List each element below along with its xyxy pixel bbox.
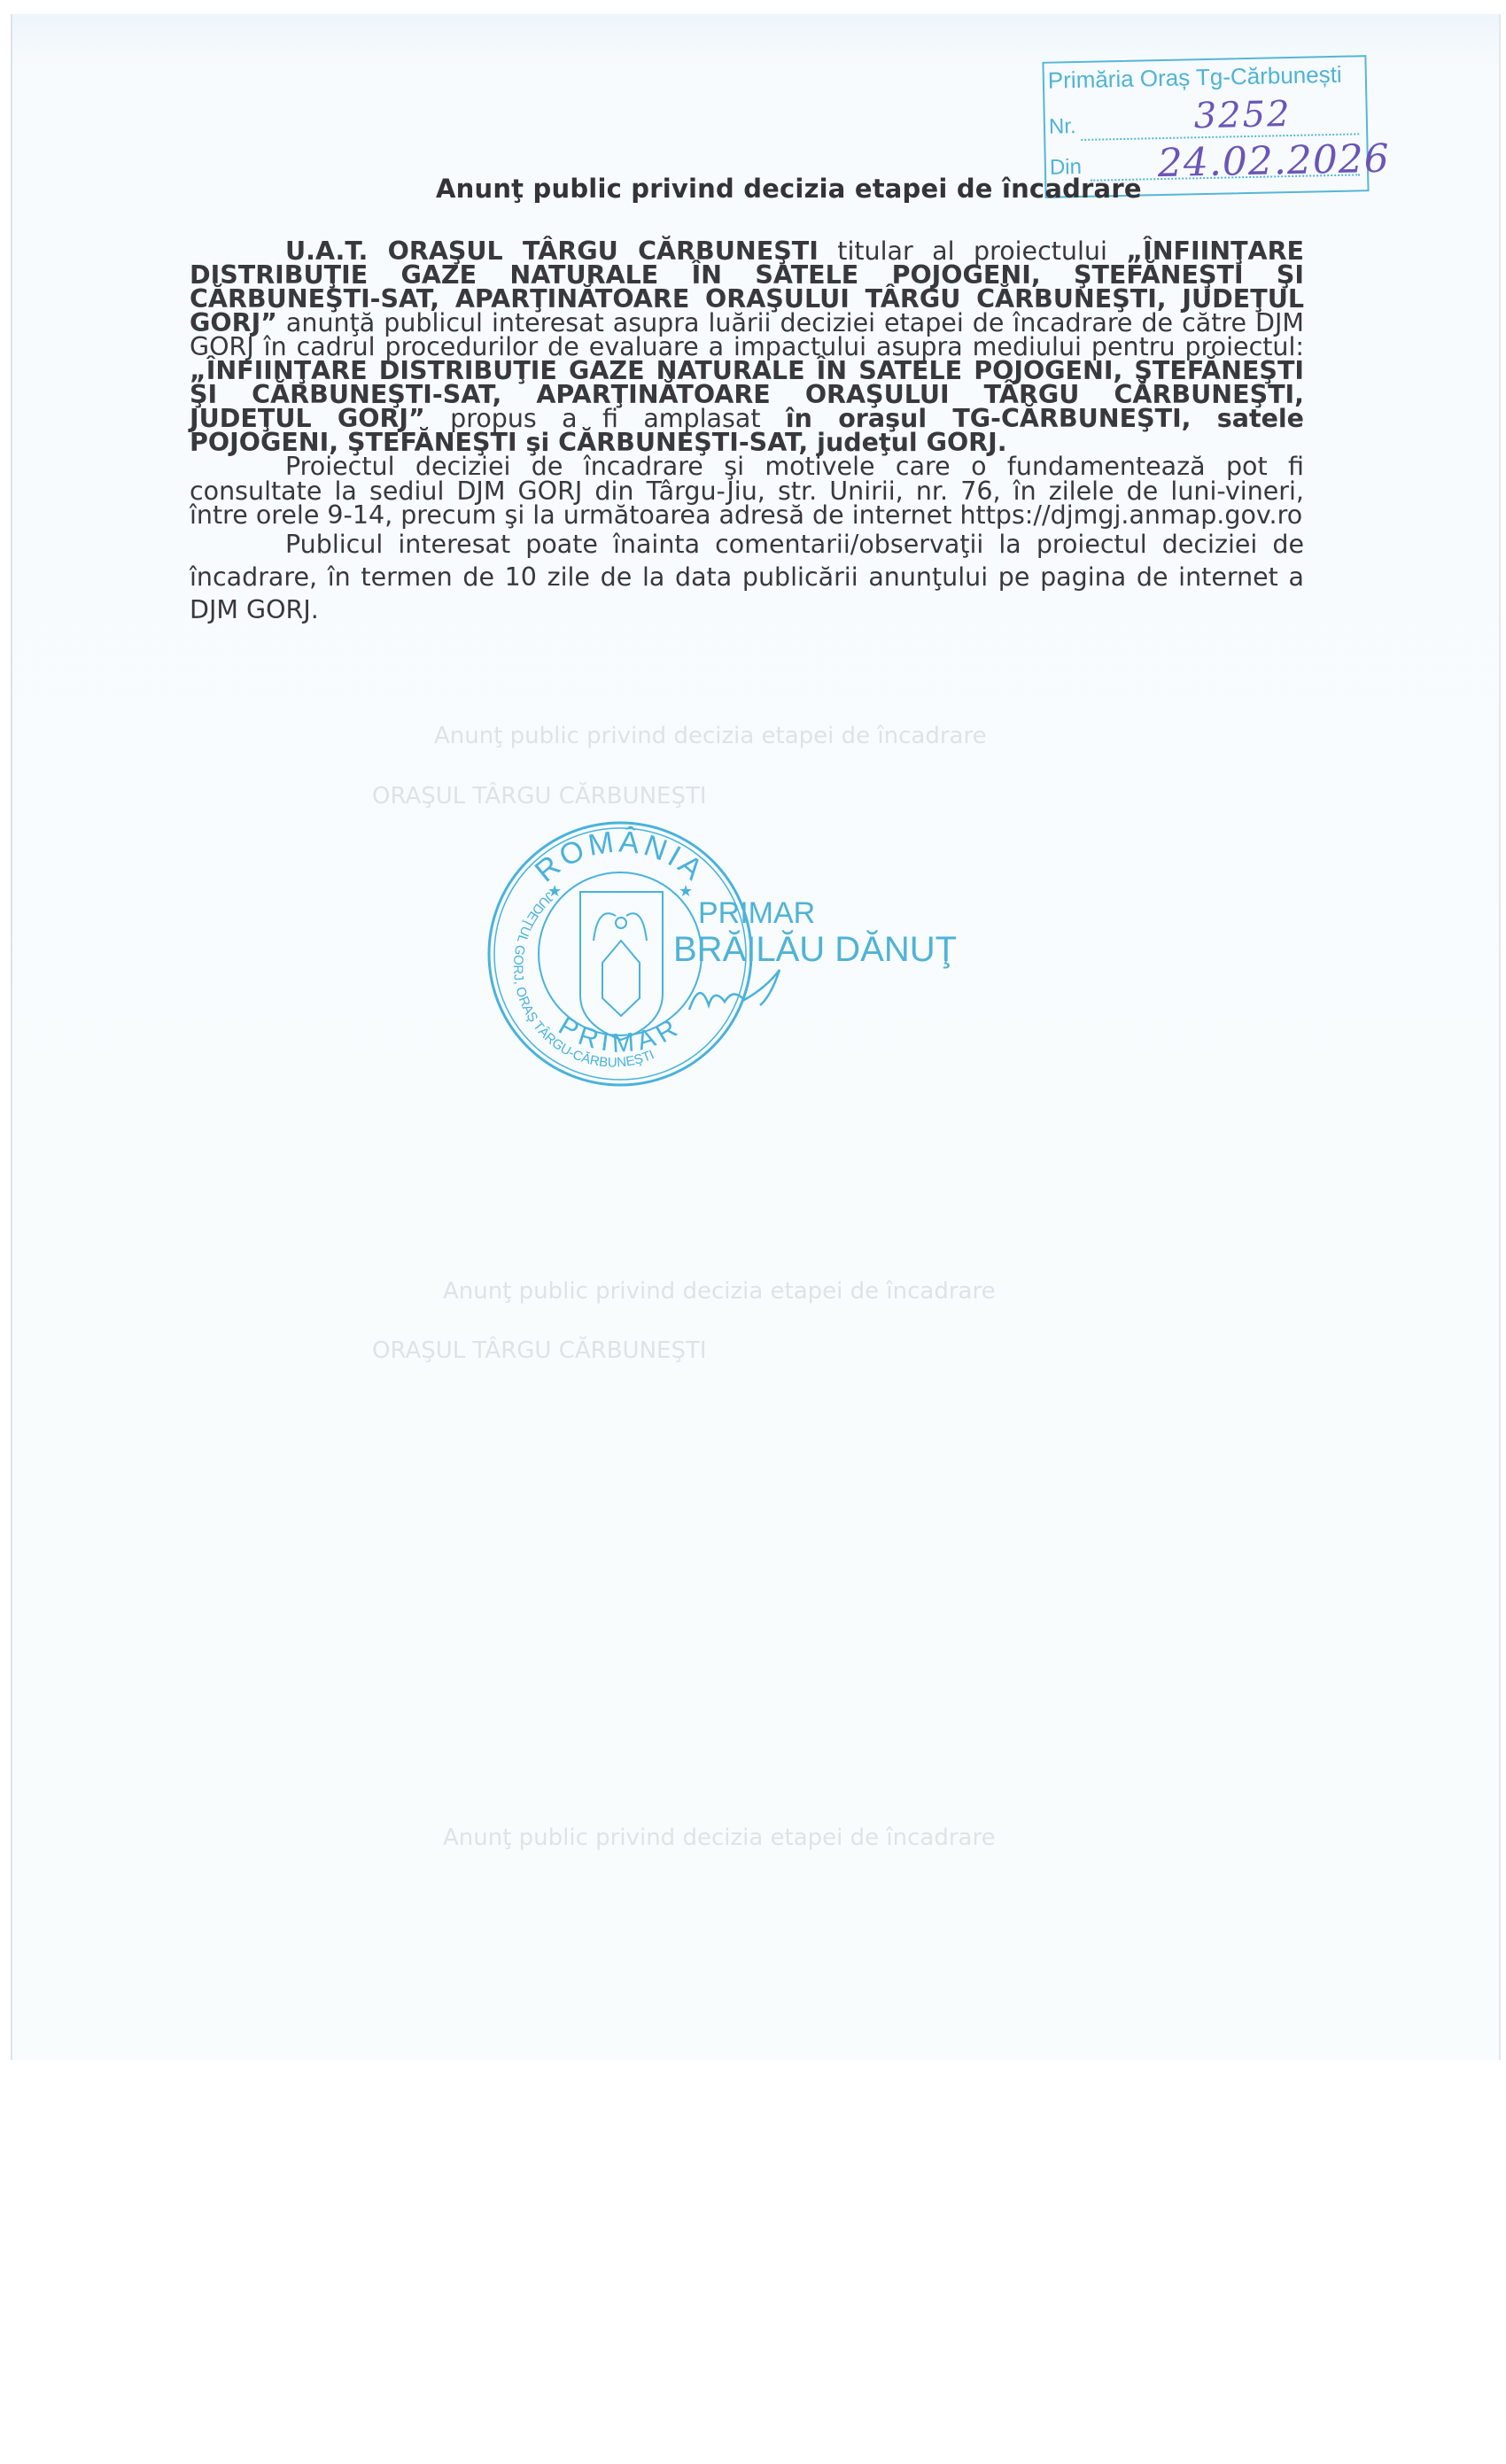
paragraph-consultation: Proiectul deciziei de încadrare şi motiv… (190, 454, 1304, 528)
svg-text:★: ★ (547, 882, 562, 900)
bleed-through-title-3: Anunţ public privind decizia etapei de î… (443, 1825, 996, 1851)
document-body: U.A.T. ORAŞUL TÂRGU CĂRBUNEŞTI titular a… (190, 239, 1304, 626)
bleed-through-line-2: ORAŞUL TÂRGU CĂRBUNEŞTI (372, 1337, 707, 1364)
bleed-through-title-2: Anunţ public privind decizia etapei de î… (443, 1278, 996, 1305)
registration-date: 24.02.2026 (1157, 136, 1390, 186)
document-title: Anunţ public privind decizia etapei de î… (436, 174, 1142, 204)
seal-top-text: ROMÂNIA (529, 825, 711, 888)
stamp-nr-label: Nr. (1049, 114, 1076, 140)
paragraph-comments: Publicul interesat poate înainta comenta… (190, 528, 1304, 626)
bleed-through-line-1: ORAŞUL TÂRGU CĂRBUNEŞTI (372, 783, 707, 810)
handwritten-signature (682, 961, 806, 1023)
stamp-institution: Primăria Oraș Tg-Cărbunești (1048, 61, 1342, 95)
coat-of-arms-icon (580, 892, 663, 1040)
svg-text:ROMÂNIA: ROMÂNIA (529, 825, 711, 888)
signatory-title: PRIMAR (698, 896, 815, 931)
bleed-through-title-1: Anunţ public privind decizia etapei de î… (434, 723, 987, 749)
registration-number: 3252 (1193, 94, 1292, 136)
svg-text:★: ★ (679, 882, 693, 900)
paragraph-run: anunţă publicul interesat asupra luării … (190, 308, 1304, 361)
paragraph-announcement: U.A.T. ORAŞUL TÂRGU CĂRBUNEŞTI titular a… (190, 239, 1304, 454)
